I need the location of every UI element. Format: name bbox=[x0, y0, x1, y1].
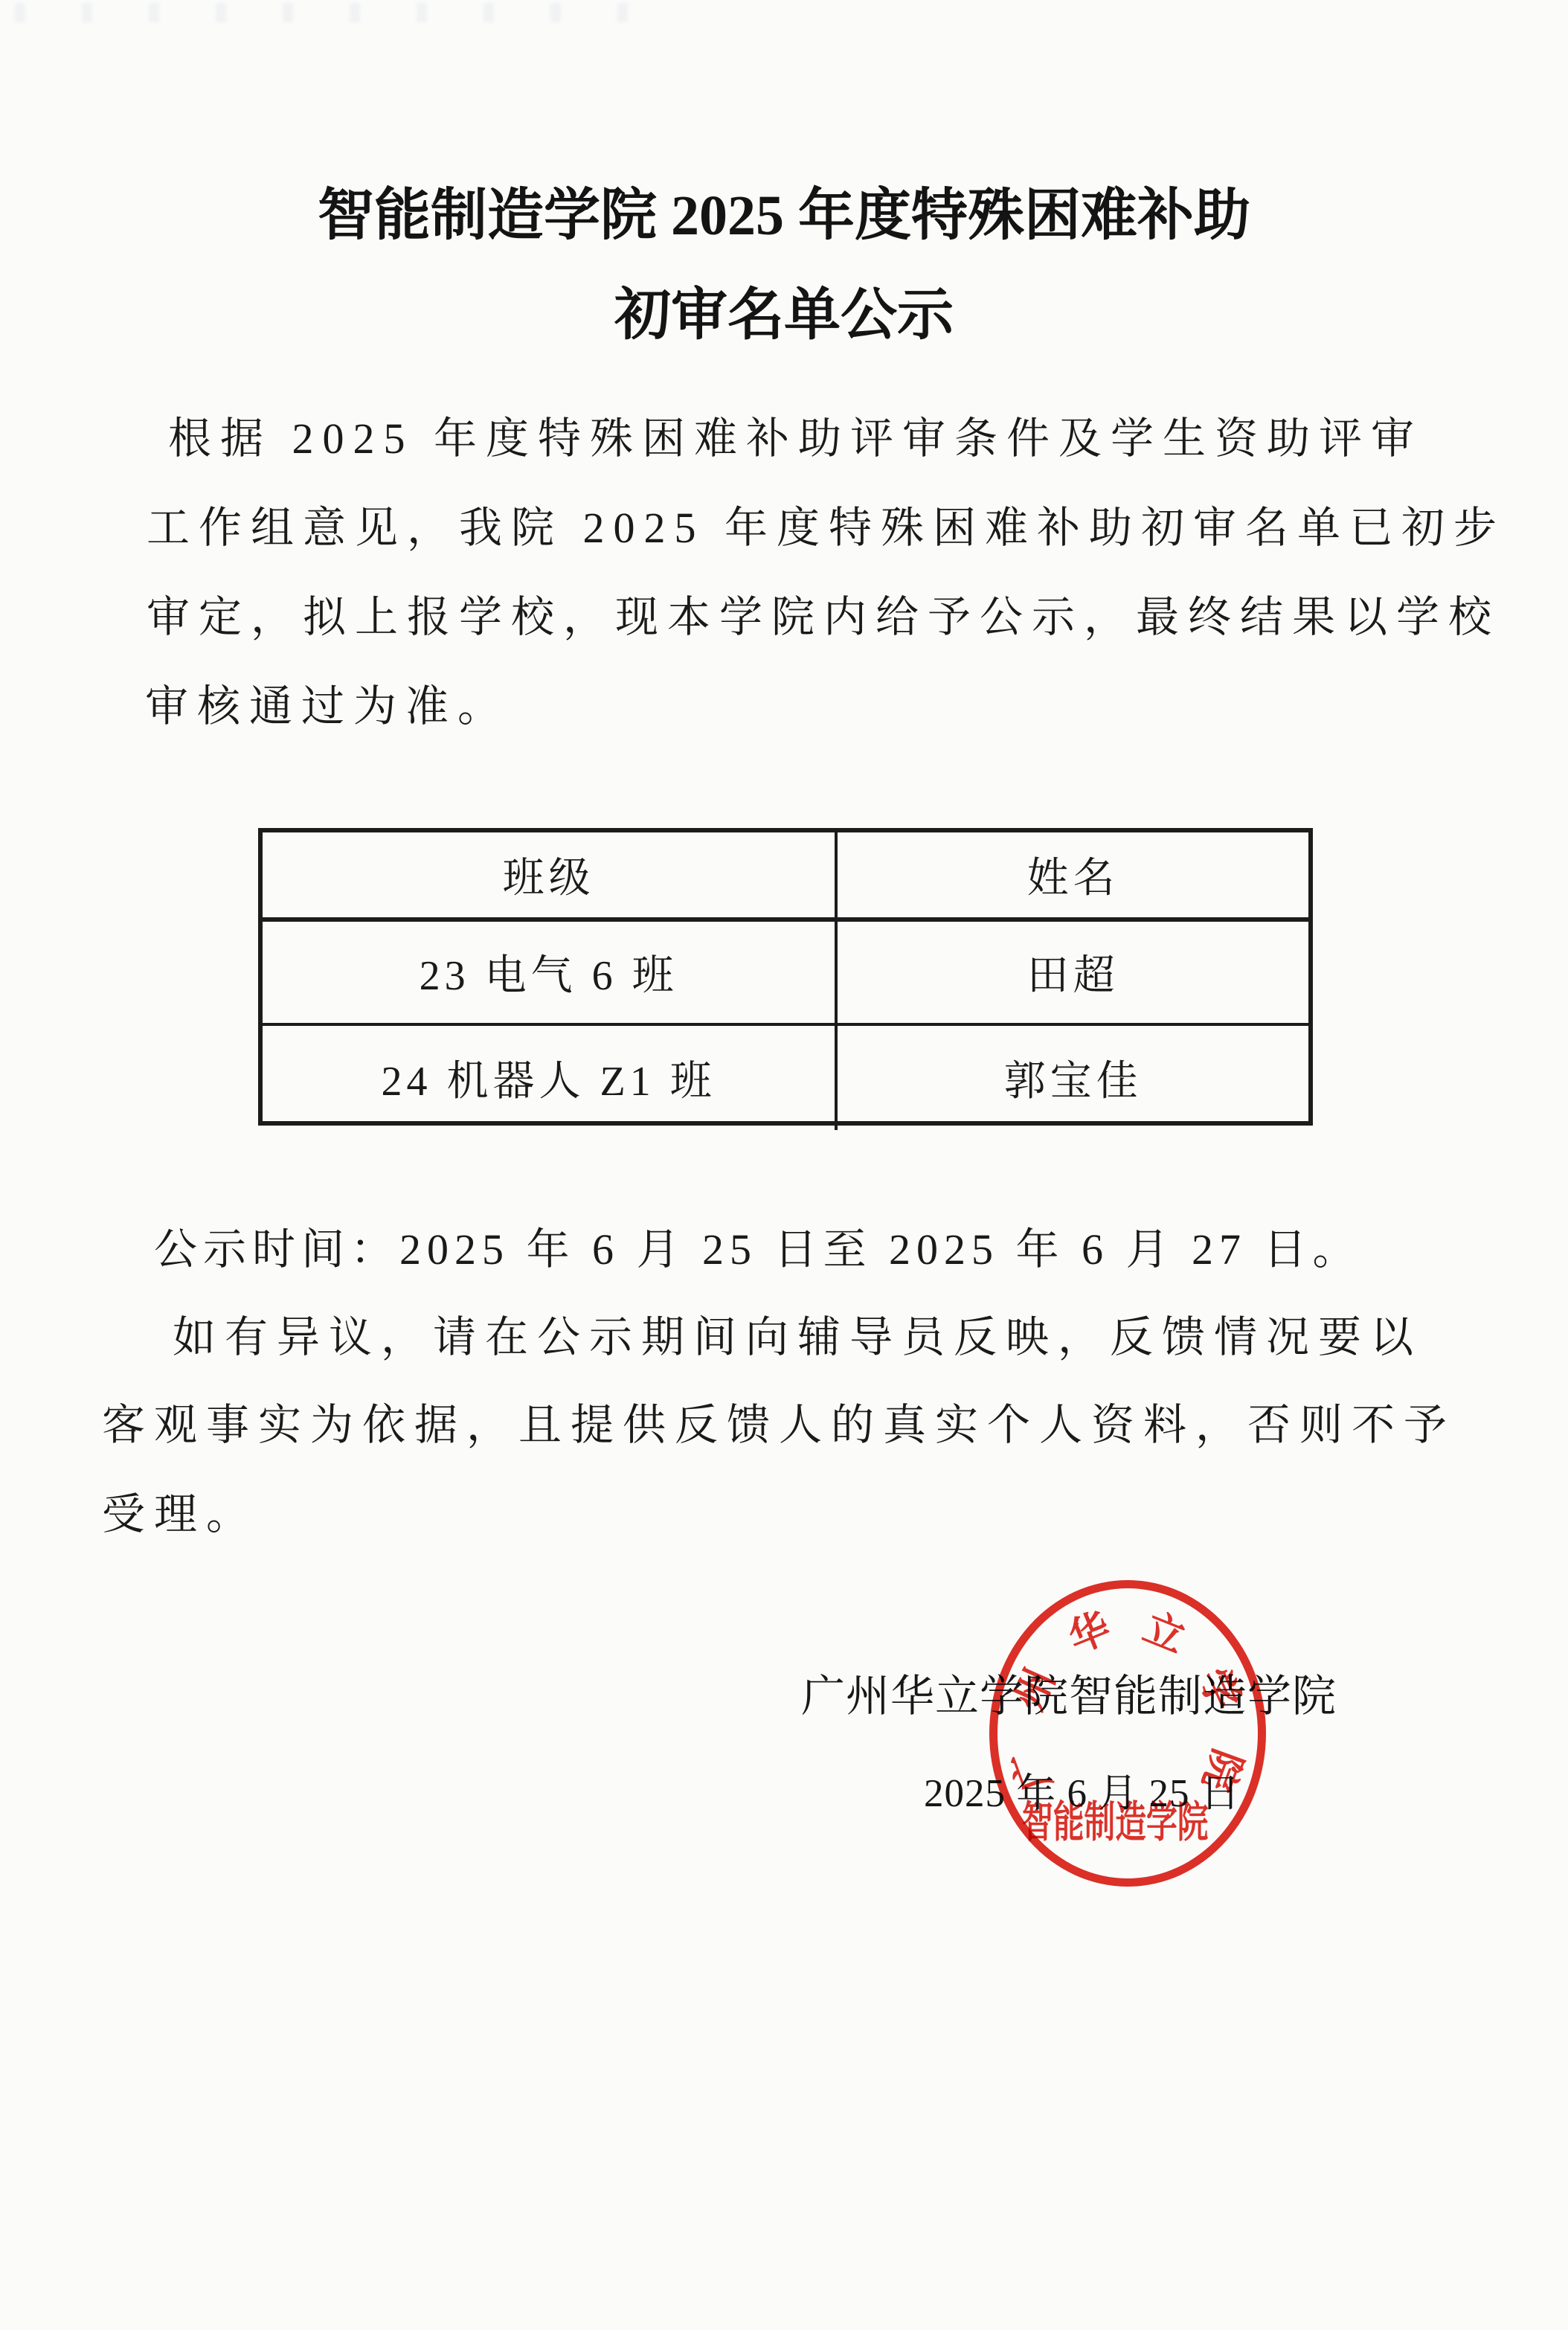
table-header-class: 班级 bbox=[263, 832, 838, 922]
seal-bottom-text: 智能制造学院 bbox=[1022, 1787, 1209, 1849]
table-header-name: 姓名 bbox=[838, 832, 1308, 922]
table-row-1-name: 田超 bbox=[838, 922, 1308, 1026]
intro-line-1: 根据 2025 年度特殊困难补助评审条件及学生资助评审 bbox=[168, 403, 1423, 466]
table-row-2-class: 24 机器人 Z1 班 bbox=[263, 1026, 838, 1130]
document-page: 智能制造学院 2025 年度特殊困难补助 初审名单公示 根据 2025 年度特殊… bbox=[0, 0, 1568, 2330]
document-title-line2: 初审名单公示 bbox=[0, 269, 1568, 350]
objection-line-1: 如有异议，请在公示期间向辅导员反映，反馈情况要以 bbox=[173, 1302, 1422, 1364]
objection-line-2: 客观事实为依据，且提供反馈人的真实个人资料，否则不予 bbox=[102, 1390, 1456, 1452]
candidate-table: 班级 姓名 23 电气 6 班 田超 24 机器人 Z1 班 郭宝佳 bbox=[258, 828, 1313, 1126]
intro-line-2: 工作组意见，我院 2025 年度特殊困难补助初审名单已初步 bbox=[147, 492, 1506, 555]
publicity-period-line: 公示时间：2025 年 6 月 25 日至 2025 年 6 月 27 日。 bbox=[154, 1214, 1362, 1277]
objection-line-3: 受理。 bbox=[102, 1479, 258, 1541]
document-title-line1: 智能制造学院 2025 年度特殊困难补助 bbox=[0, 170, 1568, 251]
intro-line-4: 审核通过为准。 bbox=[145, 671, 510, 734]
table-row-1-class: 23 电气 6 班 bbox=[263, 922, 838, 1026]
scan-artifact bbox=[15, 3, 669, 22]
intro-line-3: 审定，拟上报学校，现本学院内给予公示，最终结果以学校 bbox=[147, 582, 1500, 644]
table-row-2-name: 郭宝佳 bbox=[838, 1026, 1308, 1130]
